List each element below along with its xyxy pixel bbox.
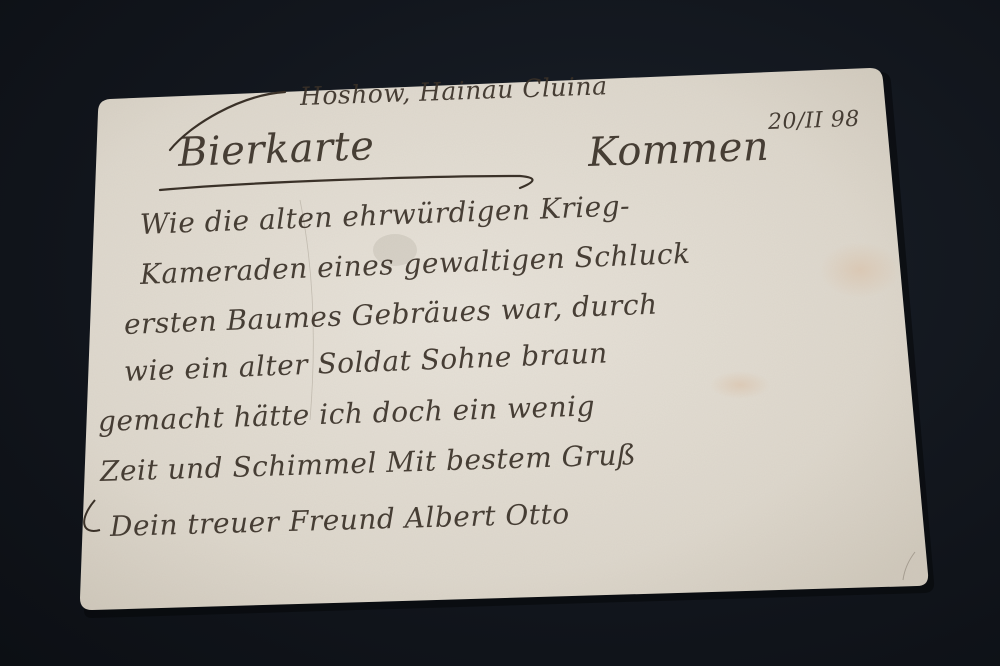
card-title: Bierkarte <box>177 123 375 176</box>
paper-stain <box>710 371 770 399</box>
date: 20/II 98 <box>768 107 861 135</box>
salutation: Kommen <box>587 124 770 176</box>
paper-stain <box>820 242 900 298</box>
photo-scene: Hoshow, Hainau Cluina 20/II 98 Bierkarte… <box>0 0 1000 666</box>
